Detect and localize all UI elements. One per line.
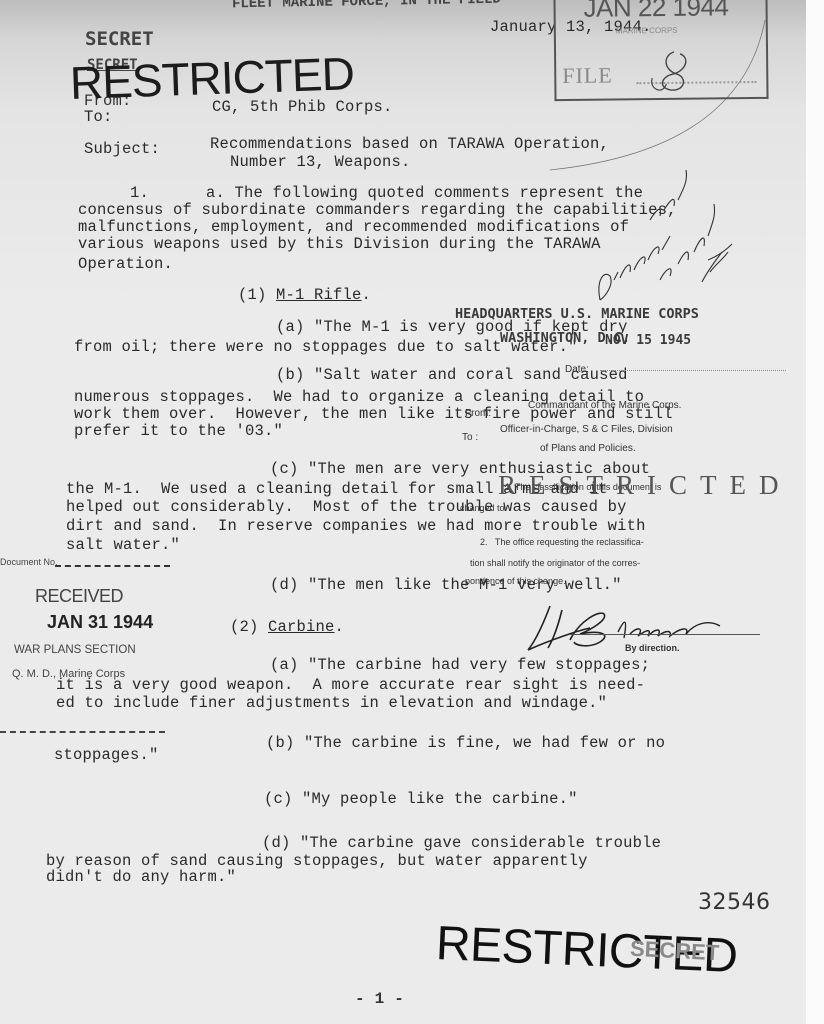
item-2a-cont: it is a very good weapon. A more accurat… <box>56 676 645 694</box>
received-stamp-title: RECEIVED <box>35 586 123 607</box>
hq-stamp-date: NOV 15 1945 <box>605 333 691 348</box>
item-2b-cont: stoppages." <box>54 746 159 764</box>
para1-line: concensus of subordinate commanders rega… <box>78 201 677 219</box>
subject-label: Subject: <box>84 140 160 158</box>
item-1b-cont: prefer it to the '03." <box>74 422 283 440</box>
subject-line-1: Recommendations based on TARAWA Operatio… <box>210 135 609 153</box>
file-stamp-date: JAN 22 1944 <box>583 0 728 24</box>
para1-line: 1. a. The following quoted comments repr… <box>130 184 643 202</box>
restricted-stamp-top: RESTRICTED <box>69 46 355 110</box>
separator-dots <box>0 731 165 733</box>
hq-note-2b: tion shall notify the originator of the … <box>470 558 640 568</box>
secret-overprint-bottom: SECRET <box>629 936 719 967</box>
file-stamp: JAN 22 1944 MARINE CORPS FILE <box>553 0 768 101</box>
document-no-label: Document No. <box>0 557 58 567</box>
para1-line: Operation. <box>78 255 173 273</box>
page-number: - 1 - <box>355 990 404 1008</box>
item-2a-cont: ed to include finer adjustments in eleva… <box>56 694 607 712</box>
restricted-reclassification-stamp: RESTRICTED <box>498 470 792 501</box>
item-1d: (d) "The men like the M-1 very well." <box>270 576 622 594</box>
received-stamp-org: Q. M. D., Marine Corps <box>12 668 125 680</box>
hq-from-value: Commandant of the Marine Corps. <box>528 400 681 411</box>
para1-line: malfunctions, employment, and recommende… <box>78 218 629 236</box>
secret-stamp: SECRET <box>85 28 154 50</box>
file-stamp-sub: MARINE CORPS <box>616 26 678 36</box>
received-stamp-section: WAR PLANS SECTION <box>14 644 136 656</box>
item-1c-cont: salt water." <box>66 536 180 554</box>
section-2-title: Carbine <box>268 618 335 636</box>
item-2c: (c) "My people like the carbine." <box>264 790 578 808</box>
hq-note-1b: changed to <box>460 503 505 513</box>
document-number: 32546 <box>698 890 771 915</box>
to-label: To: <box>84 108 113 126</box>
handwritten-note <box>590 160 740 310</box>
hq-date-label: Date: <box>565 364 589 375</box>
hq-to-value-2: of Plans and Policies. <box>540 443 636 454</box>
file-stamp-label: FILE <box>562 63 613 90</box>
document-no-dots <box>55 565 170 567</box>
item-2d-cont: didn't do any harm." <box>46 868 236 886</box>
hq-date-dots <box>600 370 786 371</box>
hq-to-value: Officer-in-Charge, S & C Files, Division <box>500 424 673 435</box>
section-1-heading: (1) M-1 Rifle. <box>238 286 371 304</box>
hq-from-label: From: <box>465 408 491 419</box>
page-edge <box>806 0 824 1024</box>
hq-note-2c: pondence of this change. <box>465 576 566 586</box>
subject-line-2: Number 13, Weapons. <box>230 153 411 171</box>
handwritten-file-mark <box>644 48 705 99</box>
signature-line <box>570 634 760 635</box>
section-2-heading: (2) Carbine. <box>230 618 344 636</box>
item-2d: (d) "The carbine gave considerable troub… <box>262 834 661 852</box>
item-2b: (b) "The carbine is fine, we had few or … <box>266 734 665 752</box>
item-1c-cont: dirt and sand. In reserve companies we h… <box>66 517 646 535</box>
by-direction: By direction. <box>625 643 680 653</box>
section-1-title: M-1 Rifle <box>276 286 362 304</box>
received-stamp-date: JAN 31 1944 <box>47 612 153 633</box>
para1-line: various weapons used by this Division du… <box>78 235 601 253</box>
hq-to-label: To : <box>462 432 478 443</box>
hq-note-2: 2. The office requesting the reclassific… <box>480 537 644 547</box>
